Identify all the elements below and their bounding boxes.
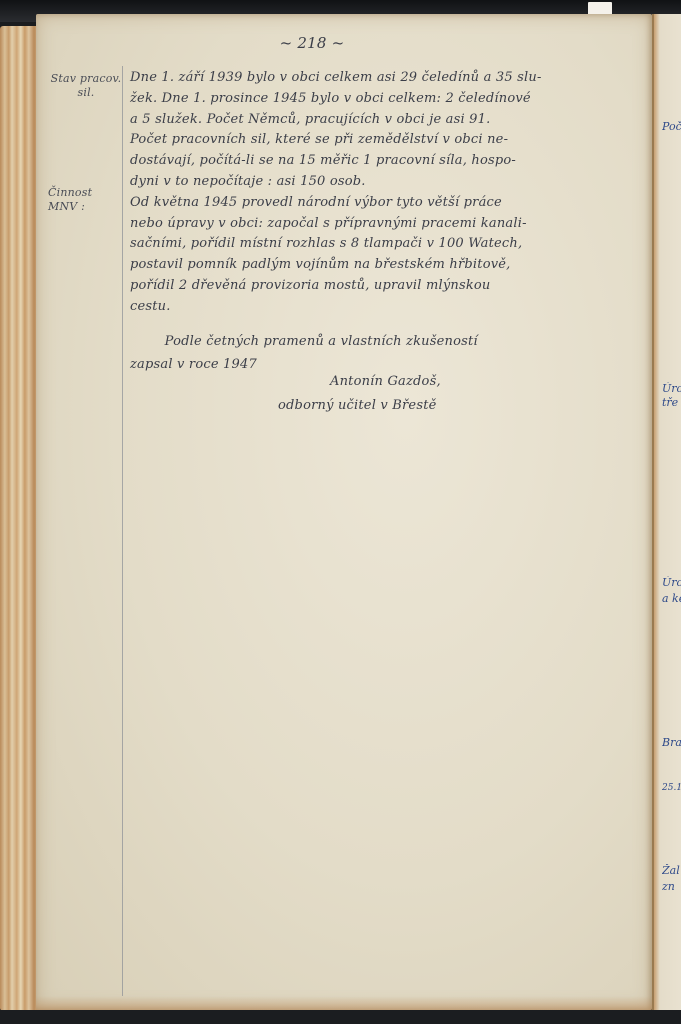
text-line: sačními, pořídil místní rozhlas s 8 tlam… xyxy=(130,234,630,255)
signature-title: odborný učitel v Břestě xyxy=(278,398,437,413)
margin-rule-line xyxy=(122,66,123,996)
text-line: pořídil 2 dřevěná provizoria mostů, upra… xyxy=(130,276,630,297)
facing-page-fragment: Žal xyxy=(662,864,681,877)
scanner-backdrop-bottom xyxy=(0,1010,681,1024)
chronicle-page: ~ 218 ~ Stav pracov. sil. Činnost MNV : … xyxy=(36,14,652,1010)
text-line: Počet pracovních sil, které se při zeměd… xyxy=(130,130,630,151)
text-line: a 5 služek. Počet Němců, pracujících v o… xyxy=(130,110,630,131)
closing-statement: Podle četných pramenů a vlastních zkušen… xyxy=(130,330,630,376)
text-line: nebo úpravy v obci: započal s přípravným… xyxy=(130,214,630,235)
text-line: zapsal v roce 1947 xyxy=(130,353,630,376)
margin-label-line: Stav pracov. xyxy=(50,72,122,86)
text-line: cestu. xyxy=(130,297,630,318)
text-line: Podle četných pramenů a vlastních zkušen… xyxy=(130,330,630,353)
margin-label-line: sil. xyxy=(50,86,122,100)
facing-page-fragment: a ke xyxy=(662,592,681,605)
margin-label-mnv-activity: Činnost MNV : xyxy=(48,186,118,214)
facing-page-fragment: 25.10 xyxy=(662,782,681,795)
facing-page-fragment: tře xyxy=(662,396,681,409)
text-line: Dne 1. září 1939 bylo v obci celkem asi … xyxy=(130,68,630,89)
facing-page-edge: Počát Úrod tře Úrod a ke Bra 25.10 Žal z… xyxy=(652,14,681,1010)
page-number: ~ 218 ~ xyxy=(272,34,352,52)
page-stack-edge xyxy=(0,26,40,1011)
margin-label-line: Činnost xyxy=(48,186,118,200)
facing-page-fragment: Počát xyxy=(662,120,681,133)
signature-name: Antonín Gazdoš, xyxy=(330,374,441,389)
margin-label-labor-status: Stav pracov. sil. xyxy=(50,72,122,100)
margin-label-line: MNV : xyxy=(48,200,118,214)
text-line: Od května 1945 provedl národní výbor tyt… xyxy=(130,193,630,214)
facing-page-fragment: Úrod xyxy=(662,576,681,589)
handwritten-body: Dne 1. září 1939 bylo v obci celkem asi … xyxy=(130,68,630,318)
text-line: postavil pomník padlým vojínům na břests… xyxy=(130,255,630,276)
text-line: dostávají, počítá-li se na 15 měřic 1 pr… xyxy=(130,151,630,172)
facing-page-fragment: Úrod xyxy=(662,382,681,395)
facing-page-fragment: zn xyxy=(662,880,681,893)
text-line: dyni v to nepočítaje : asi 150 osob. xyxy=(130,172,630,193)
facing-page-fragment: Bra xyxy=(662,736,681,749)
text-line: žek. Dne 1. prosince 1945 bylo v obci ce… xyxy=(130,89,630,110)
